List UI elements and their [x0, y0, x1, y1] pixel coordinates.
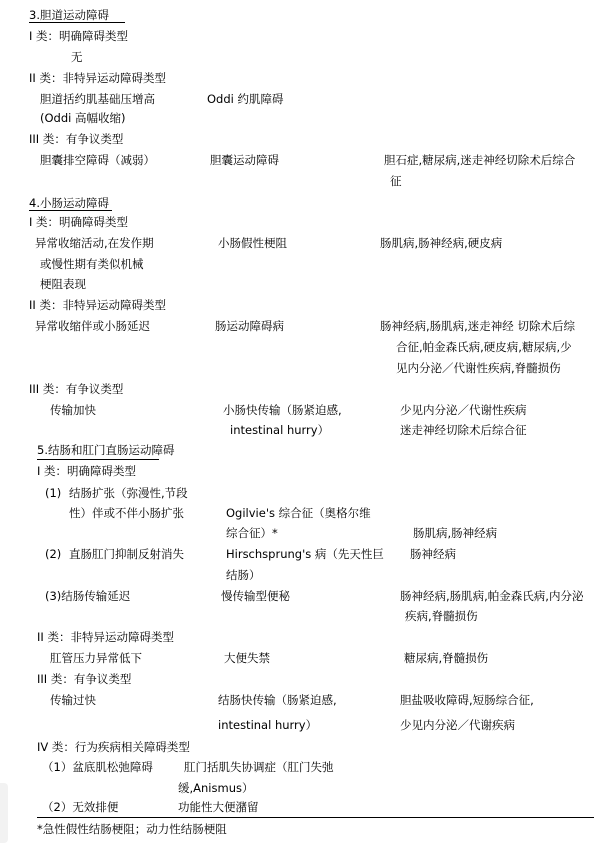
cell-disorder: 梗阻表现: [40, 277, 86, 291]
cell-disorder: 无: [71, 50, 83, 64]
cell-cause: 少见内分泌／代谢性疾病: [400, 403, 527, 417]
cell-syndrome: intestinal hurry）: [218, 718, 317, 732]
cell-disorder: 胆道括约肌基础压增高: [40, 92, 155, 106]
class-label: III 类：有争议类型: [37, 672, 131, 686]
row-number: (2): [45, 547, 61, 561]
section-underline: [29, 22, 125, 23]
cell-syndrome: 结肠快传输（肠紧迫感,: [218, 693, 337, 707]
scroll-edge-artifact: [0, 783, 8, 843]
cell-cause: 肠神经病,肠肌病,帕金森氏病,内分泌: [400, 589, 583, 603]
cell-cause: 肠神经病: [410, 547, 456, 561]
class-label: II 类：非特异运动障碍类型: [29, 71, 166, 85]
cell-syndrome: 胆囊运动障碍: [210, 153, 279, 167]
cell-syndrome: Ogilvie's 综合征（奥格尔维: [226, 506, 371, 520]
cell-cause: 胆盐吸收障碍,短肠综合征,: [400, 693, 534, 707]
cell-syndrome: 慢传输型便秘: [221, 589, 290, 603]
cell-disorder: (Oddi 高幅收缩): [40, 111, 125, 125]
cell-disorder: 直肠肛门抑制反射消失: [69, 547, 184, 561]
section-title-small-intestine: 4.小肠运动障碍: [29, 196, 109, 210]
cell-syndrome: 大便失禁: [224, 651, 270, 665]
section-title-biliary: 3.胆道运动障碍: [29, 8, 109, 22]
class-label: II 类：非特异运动障碍类型: [29, 298, 166, 312]
cell-syndrome: Hirschsprung's 病（先天性巨: [226, 547, 384, 561]
section-underline: [29, 210, 112, 211]
footnote: *急性假性结肠梗阻；动力性结肠梗阻: [37, 822, 227, 836]
cell-cause: 迷走神经切除术后综合征: [400, 423, 527, 437]
cell-cause: 合征,帕金森氏病,硬皮病,糖尿病,少: [396, 340, 572, 354]
cell-cause: 糖尿病,脊髓损伤: [404, 651, 488, 665]
cell-syndrome: 缓,Anismus）: [178, 781, 253, 795]
cell-disorder: 结肠扩张（弥漫性,节段: [69, 486, 188, 500]
cell-disorder: 肛管压力异常低下: [50, 651, 142, 665]
section-underline: [37, 459, 159, 460]
cell-disorder: 异常收缩活动,在发作期: [35, 236, 154, 250]
class-label: I 类：明确障碍类型: [29, 215, 128, 229]
cell-disorder: 胆囊排空障碍（减弱）: [40, 153, 155, 167]
cell-syndrome: 肛门括肌失协调症（肛门失弛: [184, 760, 334, 774]
cell-disorder: （2）无效排便: [42, 800, 118, 814]
cell-cause: 胆石症,糖尿病,迷走神经切除术后综合: [384, 153, 575, 167]
cell-cause: 少见内分泌／代谢疾病: [400, 718, 515, 732]
cell-disorder: 异常收缩伴或小肠延迟: [35, 319, 150, 333]
footnote-divider: [37, 817, 594, 818]
row-number: (1): [45, 486, 61, 500]
class-label: III 类：有争议类型: [29, 382, 123, 396]
cell-disorder: (3)结肠传输延迟: [45, 589, 130, 603]
cell-syndrome: 功能性大便潴留: [178, 800, 259, 814]
cell-syndrome: 小肠假性梗阻: [218, 236, 287, 250]
section-title-colon-anorectal: 5.结肠和肛门直肠运动障碍: [37, 443, 174, 457]
cell-cause: 肠神经病,肠肌病,迷走神经 切除术后综: [380, 319, 575, 333]
cell-disorder: 传输加快: [50, 403, 96, 417]
class-label: I 类：明确障碍类型: [29, 29, 128, 43]
cell-cause: 肠肌病,肠神经病: [413, 526, 497, 540]
cell-cause: 肠肌病,肠神经病,硬皮病: [380, 236, 502, 250]
cell-disorder: 性）伴或不伴小肠扩张: [69, 506, 184, 520]
cell-syndrome: 结肠）: [226, 568, 261, 582]
cell-syndrome: 综合征）*: [226, 526, 278, 540]
cell-cause: 疾病,脊髓损伤: [405, 609, 478, 623]
cell-syndrome: intestinal hurry）: [230, 423, 329, 437]
cell-syndrome: 肠运动障碍病: [215, 319, 284, 333]
cell-cause: 见内分泌／代谢性疾病,脊髓损伤: [396, 361, 561, 375]
cell-disorder: （1）盆底肌松弛障碍: [42, 760, 153, 774]
class-label: IV 类：行为疾病相关障碍类型: [37, 740, 190, 754]
cell-disorder: 传输过快: [50, 693, 96, 707]
class-label: III 类：有争议类型: [29, 132, 123, 146]
cell-cause: 征: [390, 174, 402, 188]
cell-disorder: 或慢性期有类似机械: [40, 257, 144, 271]
class-label: II 类：非特异运动障碍类型: [37, 630, 174, 644]
cell-syndrome: 小肠快传输（肠紧迫感,: [223, 403, 342, 417]
cell-syndrome: Oddi 约肌障碍: [207, 92, 284, 106]
class-label: I 类：明确障碍类型: [37, 464, 136, 478]
